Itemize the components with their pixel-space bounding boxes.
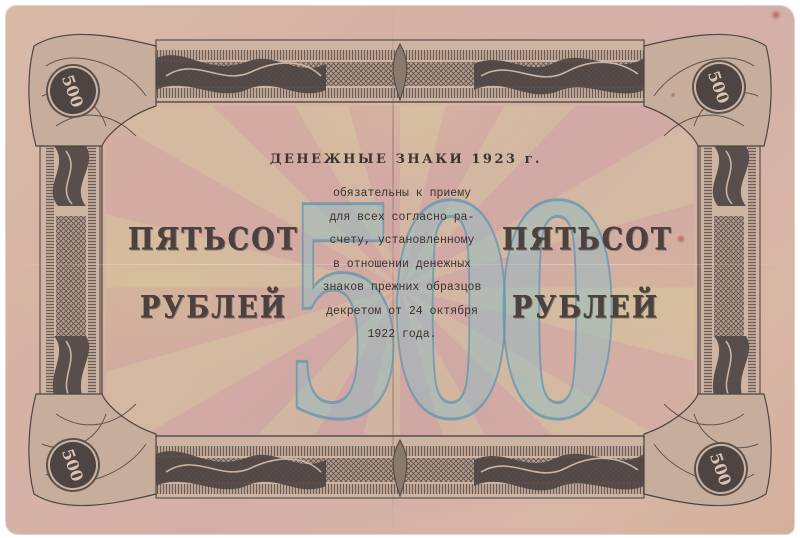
paragraph-line: для всех согласно ра- [302, 206, 502, 230]
paragraph-line: обязательны к приему [302, 182, 502, 206]
paragraph-line: в отношении денежных [302, 253, 502, 277]
paragraph-line: декретом от 24 октября [302, 300, 502, 324]
denomination-word-right-top: ПЯТЬСОТ [502, 222, 673, 258]
paragraph-line: 1922 года. [302, 323, 502, 347]
issue-header: ДЕНЕЖНЫЕ ЗНАКИ 1923 г. [256, 152, 556, 167]
denomination-word-left-bottom: РУБЛЕЙ [140, 290, 287, 326]
ink-stain [770, 10, 782, 20]
ink-stain [676, 234, 686, 244]
legal-tender-paragraph: обязательны к приему для всех согласно р… [302, 182, 502, 347]
denomination-word-right-bottom: РУБЛЕЙ [512, 290, 659, 326]
banknote: 500 500 500 500 500 ДЕНЕЖНЫЕ ЗНАКИ 1923 … [6, 6, 794, 534]
paragraph-line: знаков прежних образцов [302, 276, 502, 300]
ink-stain [670, 92, 676, 98]
denomination-word-left-top: ПЯТЬСОТ [128, 222, 299, 258]
paragraph-line: счету, установленному [302, 229, 502, 253]
